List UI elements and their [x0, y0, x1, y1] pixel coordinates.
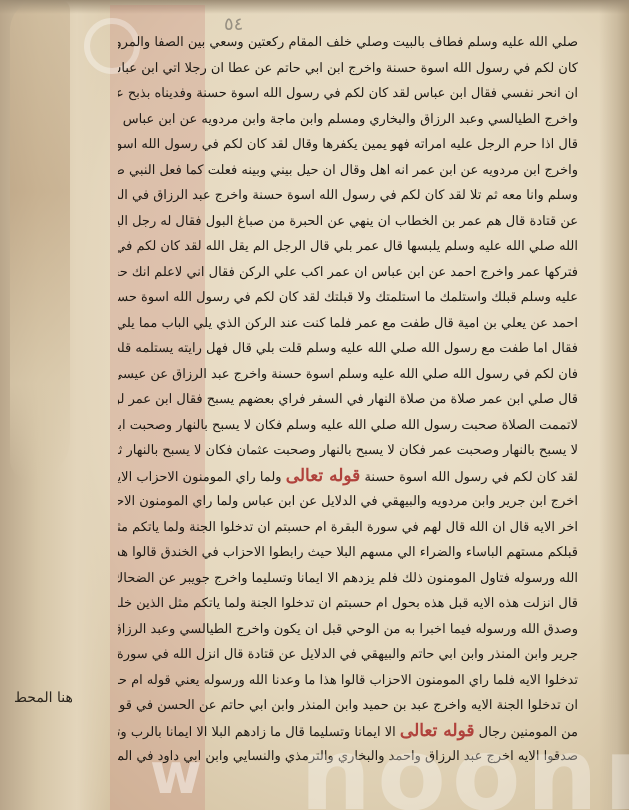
text-line: الله صلي الله عليه وسلم يلبسها قال عمر ب… [118, 234, 578, 260]
watermark-logo-icon: w [150, 745, 210, 805]
text-line: قال اذا حرم الرجل عليه امراته فهو يمين ي… [118, 132, 578, 158]
rubric-heading: قوله تعالى [286, 466, 361, 486]
text-line: لاتممت الصلاة صحبت رسول الله صلي الله عل… [118, 413, 578, 439]
text-segment: ولما راي المومنون الاحزاب الايه [118, 470, 282, 485]
text-line: اخر الايه قال ان الله قال لهم في سورة ال… [118, 515, 578, 541]
page-right-edge [599, 0, 629, 810]
text-line: قال صلي ابن عمر صلاة من صلاة النهار في ا… [118, 387, 578, 413]
manuscript-page: ٥٤ صلي الله عليه وسلم فطاف بالبيت وصلي خ… [0, 0, 629, 810]
text-line-with-rubric: لقد كان لكم في رسول الله اسوة حسنة قوله … [118, 464, 578, 490]
text-line: ان انحر نفسي فقال ابن عباس لقد كان لكم ف… [118, 81, 578, 107]
page-top-edge [0, 0, 629, 14]
text-line: احمد عن يعلي بن امية قال طفت مع عمر فلما… [118, 311, 578, 337]
text-line: عن قتادة قال هم عمر بن الخطاب ان ينهي عن… [118, 209, 578, 235]
watermark-text: noonn [300, 735, 629, 810]
manuscript-text: صلي الله عليه وسلم فطاف بالبيت وصلي خلف … [118, 30, 578, 770]
text-line: واخرج الطيالسي وعبد الرزاق والبخاري ومسل… [118, 107, 578, 133]
text-line: فان لكم في رسول الله صلي الله عليه وسلم … [118, 362, 578, 388]
text-line: الله ورسوله فتاول المومنون ذلك فلم يزدهم… [118, 566, 578, 592]
text-line: صلي الله عليه وسلم فطاف بالبيت وصلي خلف … [118, 30, 578, 56]
water-stain [10, 0, 70, 480]
text-segment: لقد كان لكم في رسول الله اسوة حسنة [364, 470, 578, 485]
text-line: واخرج ابن مردويه عن ابن عمر انه اهل وقال… [118, 158, 578, 184]
text-line: فقال اما طفت مع رسول الله صلي الله عليه … [118, 336, 578, 362]
text-line: كان لكم في رسول الله اسوة حسنة واخرج ابن… [118, 56, 578, 82]
margin-note: هنا المحط [14, 690, 73, 706]
text-line: قال انزلت هذه الايه قبل هذه بحول ام حسبت… [118, 591, 578, 617]
text-line: وصدق الله ورسوله فيما اخبرا به من الوحي … [118, 617, 578, 643]
text-line: قبلكم مستهم الباساء والضراء الي مسهم الب… [118, 540, 578, 566]
text-line: جرير وابن المنذر وابن ابي حاتم والبيهقي … [118, 642, 578, 668]
text-line: تدخلوا الايه فلما راي المومنون الاحزاب ق… [118, 668, 578, 694]
text-line: وسلم وانا معه ثم تلا لقد كان لكم في رسول… [118, 183, 578, 209]
text-line: ان تدخلوا الجنة الايه واخرج عبد بن حميد … [118, 693, 578, 719]
text-line: عليه وسلم قبلك واستلمك ما استلمتك ولا قب… [118, 285, 578, 311]
text-line: فتركها عمر واخرج احمد عن ابن عباس ان عمر… [118, 260, 578, 286]
text-line: لا يسبح بالنهار وصحبت عمر فكان لا يسبح ب… [118, 438, 578, 464]
text-line: اخرج ابن جرير وابن مردويه والبيهقي في ال… [118, 489, 578, 515]
